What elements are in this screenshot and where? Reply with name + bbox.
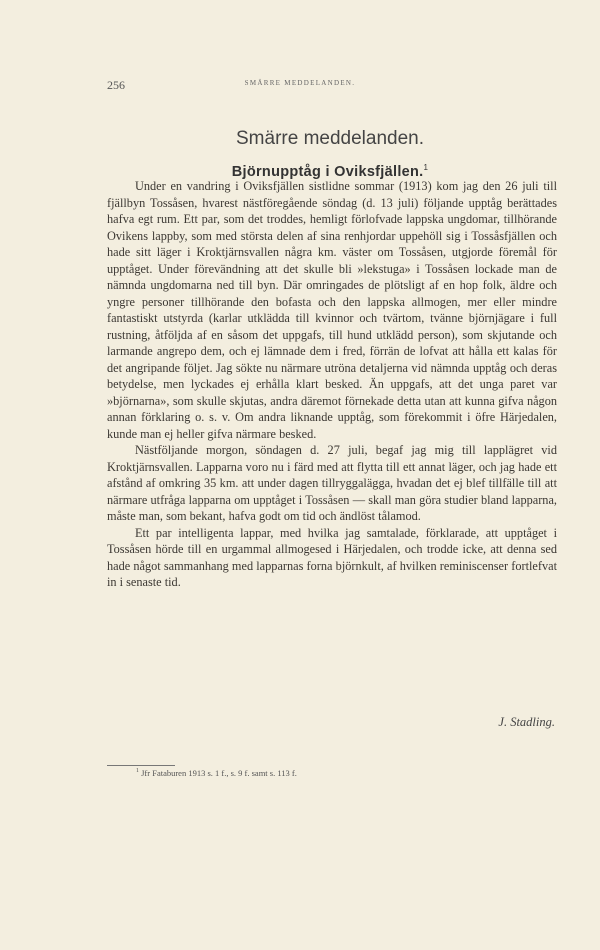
- footnote-text: Jfr Fataburen 1913 s. 1 f., s. 9 f. samt…: [141, 768, 297, 778]
- section-title: Smärre meddelanden.: [0, 128, 600, 150]
- footnote: 1 Jfr Fataburen 1913 s. 1 f., s. 9 f. sa…: [136, 768, 297, 778]
- footnote-reference: 1: [424, 163, 429, 172]
- author-signature: J. Stadling.: [107, 715, 555, 730]
- paragraph: Nästföljande morgon, söndagen d. 27 juli…: [107, 442, 557, 525]
- paragraph: Ett par intelligenta lappar, med hvilka …: [107, 525, 557, 591]
- article-body: Under en vandring i Oviksfjällen sistlid…: [107, 178, 557, 591]
- running-head: SMÄRRE MEDDELANDEN.: [0, 79, 600, 87]
- footnote-marker: 1: [136, 768, 139, 774]
- footnote-divider: [107, 765, 175, 766]
- paragraph: Under en vandring i Oviksfjällen sistlid…: [107, 178, 557, 442]
